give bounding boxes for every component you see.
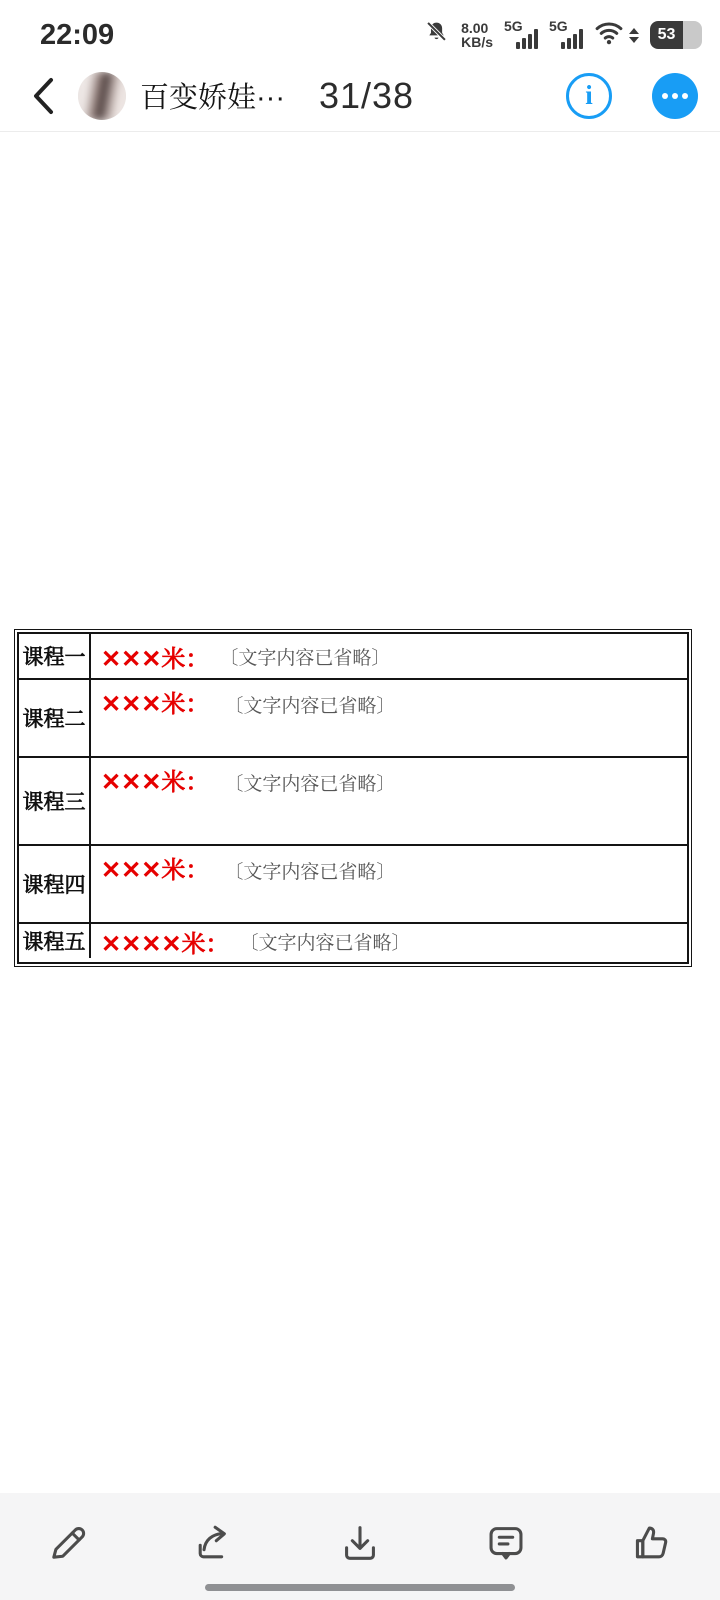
row-label: 课程五: [19, 924, 91, 958]
row-price: ✕✕✕米：: [101, 767, 209, 796]
row-desc-redacted: 〔文字内容已省略〕: [224, 861, 395, 883]
row-label: 课程四: [19, 846, 91, 922]
row-content: ✕✕✕米： 〔文字内容已省略〕: [91, 758, 687, 844]
row-price: ✕✕✕米：: [101, 855, 209, 884]
home-indicator[interactable]: [205, 1584, 515, 1591]
back-button[interactable]: [26, 74, 60, 118]
status-icons: 8.00 KB/s 5G 5G: [423, 18, 702, 52]
share-button[interactable]: [190, 1519, 238, 1567]
network-speed: 8.00 KB/s: [461, 21, 493, 50]
network-speed-unit: KB/s: [461, 35, 493, 49]
sim2-signal-icon: 5G: [549, 18, 583, 52]
image-page-counter: 31/38: [319, 75, 414, 117]
row-desc-redacted: 〔文字内容已省略〕: [239, 928, 410, 955]
sender-name[interactable]: 百变娇娃···: [140, 75, 285, 116]
viewed-image-pricelist-table[interactable]: 课程一 ✕✕✕米： 〔文字内容已省略〕 课程二 ✕✕✕米： 〔文字内容已省略〕 …: [17, 632, 689, 964]
row-content: ✕✕✕米： 〔文字内容已省略〕: [91, 846, 687, 922]
battery-percent: 53: [650, 21, 683, 49]
image-viewer-header: 百变娇娃··· 31/38 i: [0, 60, 720, 132]
table-row: 课程二 ✕✕✕米： 〔文字内容已省略〕: [19, 678, 687, 756]
network-speed-value: 8.00: [461, 21, 493, 35]
table-row: 课程四 ✕✕✕米： 〔文字内容已省略〕: [19, 844, 687, 922]
table-row: 课程三 ✕✕✕米： 〔文字内容已省略〕: [19, 756, 687, 844]
row-label: 课程二: [19, 680, 91, 756]
row-desc-redacted: 〔文字内容已省略〕: [224, 773, 395, 795]
wifi-icon: [594, 20, 624, 51]
wifi-traffic-arrows-icon: [629, 28, 639, 43]
status-bar: 22:09 8.00 KB/s 5G 5G: [0, 0, 720, 60]
sender-avatar[interactable]: [78, 72, 126, 120]
download-button[interactable]: [336, 1519, 384, 1567]
thumbs-up-button[interactable]: [628, 1519, 676, 1567]
phone-screen: 22:09 8.00 KB/s 5G 5G: [0, 0, 720, 1600]
clock: 22:09: [40, 19, 114, 52]
row-price: ✕✕✕米：: [101, 639, 209, 674]
row-label: 课程一: [19, 634, 91, 678]
row-content: ✕✕✕米： 〔文字内容已省略〕: [91, 680, 687, 756]
avatar-image: [78, 72, 126, 120]
info-button[interactable]: i: [566, 73, 612, 119]
table-row: 课程一 ✕✕✕米： 〔文字内容已省略〕: [19, 634, 687, 678]
table-row: 课程五 ✕✕✕✕米： 〔文字内容已省略〕: [19, 922, 687, 958]
comment-button[interactable]: [482, 1519, 530, 1567]
row-price: ✕✕✕米：: [101, 689, 209, 718]
info-icon: i: [585, 80, 593, 111]
more-options-button[interactable]: [652, 73, 698, 119]
battery-icon: 53: [650, 21, 702, 49]
row-desc-redacted: 〔文字内容已省略〕: [219, 643, 390, 670]
row-price: ✕✕✕✕米：: [101, 924, 229, 959]
row-content: ✕✕✕✕米： 〔文字内容已省略〕: [91, 924, 687, 958]
edit-button[interactable]: [44, 1519, 92, 1567]
row-label: 课程三: [19, 758, 91, 844]
bell-muted-icon: [423, 19, 450, 51]
row-desc-redacted: 〔文字内容已省略〕: [224, 695, 395, 717]
row-content: ✕✕✕米： 〔文字内容已省略〕: [91, 634, 687, 678]
sim1-signal-icon: 5G: [504, 18, 538, 52]
